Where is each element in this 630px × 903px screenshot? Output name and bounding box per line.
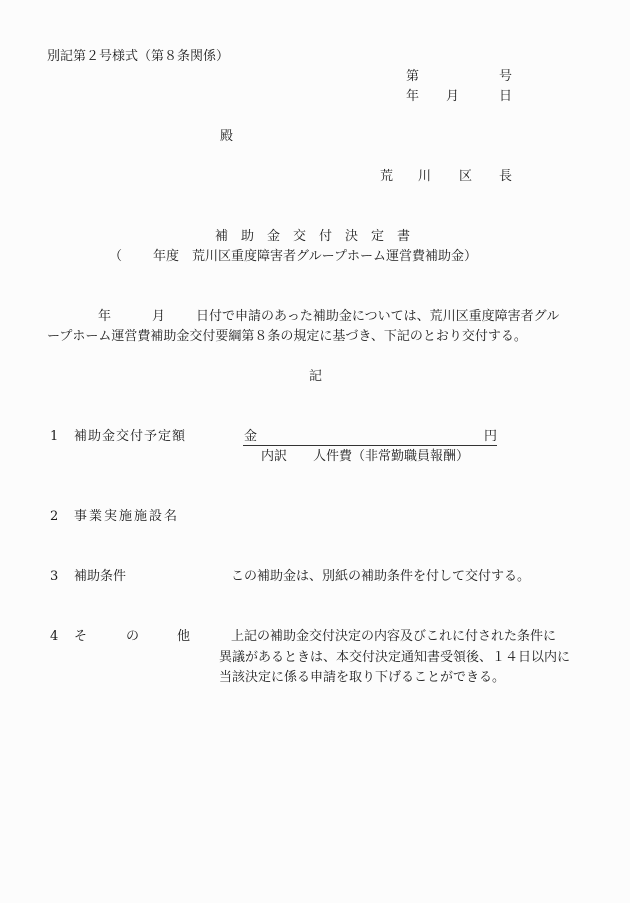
form-label: 別記第２号様式（第８条関係） (47, 49, 229, 65)
date-month: 月 (446, 89, 459, 105)
subtitle-text: 年度 荒川区重度障害者グループホーム運営費補助金） (153, 249, 477, 265)
item-4-label-char-3: 他 (177, 629, 190, 645)
item-2-number: 2 (50, 509, 58, 525)
issuer-char-4: 長 (499, 169, 512, 185)
body-year: 年 (98, 309, 111, 325)
item-3-number: 3 (50, 569, 58, 585)
body-line2: ープホーム運営費補助金交付要綱第８条の規定に基づき、下記のとおり交付する。 (47, 329, 527, 345)
subtitle-open-paren: （ (109, 249, 122, 265)
addressee-suffix: 殿 (220, 129, 233, 145)
ki-heading: 記 (309, 369, 322, 385)
item-3-value: この補助金は、別紙の補助条件を付して交付する。 (231, 569, 530, 585)
document-title: 補 助 金 交 付 決 定 書 (215, 229, 410, 245)
issuer-char-2: 川 (418, 169, 431, 185)
item-1-label: 補助金交付予定額 (74, 429, 186, 445)
item-4-line-3: 当該決定に係る申請を取り下げることができる。 (219, 670, 505, 686)
item-4-label-char-2: の (126, 629, 139, 645)
body-month: 月 (152, 309, 165, 325)
issuer-char-1: 荒 (380, 169, 393, 185)
amount-suffix: 円 (484, 429, 497, 445)
item-1-number: 1 (50, 429, 58, 445)
item-4-line-1: 上記の補助金交付決定の内容及びこれに付された条件に (231, 629, 556, 645)
breakdown-label: 内訳 (261, 449, 287, 465)
date-year: 年 (406, 89, 419, 105)
body-line1: 日付で申請のあった補助金については、荒川区重度障害者グル (196, 309, 559, 325)
item-3-label: 補助条件 (74, 569, 126, 585)
item-4-number: 4 (50, 629, 58, 645)
item-4-label-char-1: そ (74, 629, 87, 645)
issuer-char-3: 区 (459, 169, 472, 185)
amount-prefix: 金 (244, 429, 257, 445)
number-suffix: 号 (499, 69, 512, 85)
breakdown-value: 人件費（非常勤職員報酬） (313, 449, 469, 465)
item-2-label: 事業実施施設名 (74, 509, 179, 525)
date-day: 日 (499, 89, 512, 105)
number-prefix: 第 (406, 69, 419, 85)
item-4-line-2: 異議があるときは、本交付決定通知書受領後、１４日以内に (219, 650, 570, 666)
amount-field[interactable] (243, 429, 497, 446)
